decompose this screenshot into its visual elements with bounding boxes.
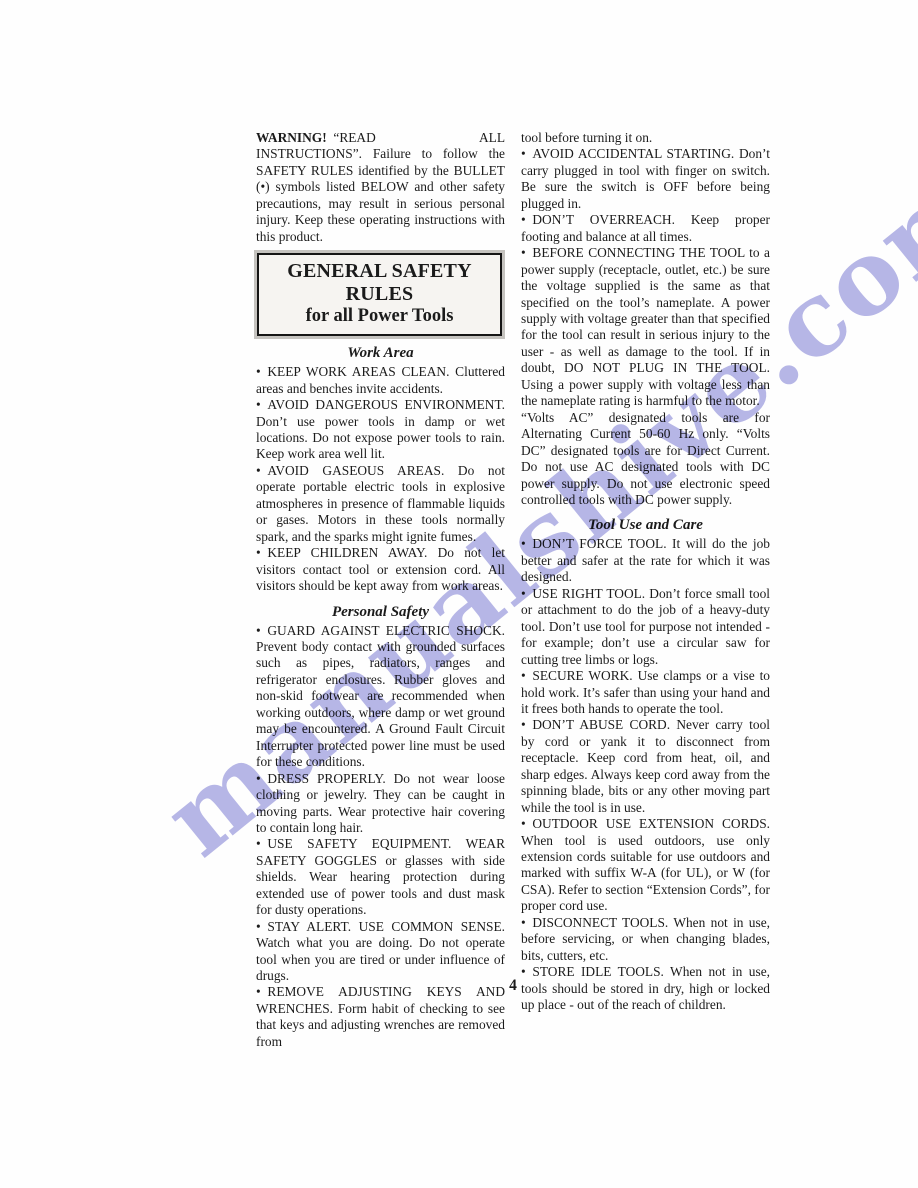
bullet-item: • AVOID DANGEROUS ENVIRONMENT. Don’t use… <box>256 397 505 463</box>
rules-box-title: GENERAL SAFETY RULES <box>261 260 498 306</box>
bullet-item: • DON’T FORCE TOOL. It will do the job b… <box>521 536 770 585</box>
left-column: WARNING! “READ ALL INSTRUCTIONS”. Failur… <box>256 130 505 1050</box>
section-heading-personal-safety: Personal Safety <box>256 603 505 621</box>
warning-text: “READ ALL INSTRUCTIONS”. Failure to foll… <box>256 130 505 244</box>
warning-paragraph: WARNING! “READ ALL INSTRUCTIONS”. Failur… <box>256 130 505 245</box>
page-number: 4 <box>256 977 770 995</box>
bullet-item: • USE SAFETY EQUIPMENT. WEAR SAFETY GOGG… <box>256 836 505 918</box>
bullet-item: • BEFORE CONNECTING THE TOOL to a power … <box>521 245 770 410</box>
general-safety-rules-box: GENERAL SAFETY RULES for all Power Tools <box>257 253 502 336</box>
bullet-item: • DRESS PROPERLY. Do not wear loose clot… <box>256 771 505 837</box>
scanned-manual-page: manualshive.com WARNING! “READ ALL INSTR… <box>0 0 918 1188</box>
volts-note-paragraph: “Volts AC” designated tools are for Alte… <box>521 410 770 509</box>
right-column: tool before turning it on. • AVOID ACCID… <box>521 130 770 1050</box>
bullet-item: • KEEP CHILDREN AWAY. Do not let visitor… <box>256 545 505 594</box>
bullet-item: • KEEP WORK AREAS CLEAN. Cluttered areas… <box>256 364 505 397</box>
bullet-item: • SECURE WORK. Use clamps or a vise to h… <box>521 668 770 717</box>
bullet-item: • GUARD AGAINST ELECTRIC SHOCK. Prevent … <box>256 623 505 771</box>
bullet-item: • DON’T ABUSE CORD. Never carry tool by … <box>521 717 770 816</box>
bullet-item: • AVOID GASEOUS AREAS. Do not operate po… <box>256 463 505 545</box>
bullet-item: • USE RIGHT TOOL. Don’t force small tool… <box>521 586 770 668</box>
continuation-paragraph: tool before turning it on. <box>521 130 770 146</box>
bullet-item: • DISCONNECT TOOLS. When not in use, bef… <box>521 915 770 964</box>
bullet-item: • OUTDOOR USE EXTENSION CORDS. When tool… <box>521 816 770 915</box>
warning-label: WARNING! <box>256 130 327 145</box>
rules-box-subtitle: for all Power Tools <box>261 306 498 327</box>
section-heading-work-area: Work Area <box>256 344 505 362</box>
bullet-item: • STAY ALERT. USE COMMON SENSE. Watch wh… <box>256 919 505 985</box>
bullet-item: • DON’T OVERREACH. Keep proper footing a… <box>521 212 770 245</box>
bullet-item: • AVOID ACCIDENTAL STARTING. Don’t carry… <box>521 146 770 212</box>
section-heading-tool-use-and-care: Tool Use and Care <box>521 516 770 534</box>
page-content: WARNING! “READ ALL INSTRUCTIONS”. Failur… <box>256 130 770 1050</box>
